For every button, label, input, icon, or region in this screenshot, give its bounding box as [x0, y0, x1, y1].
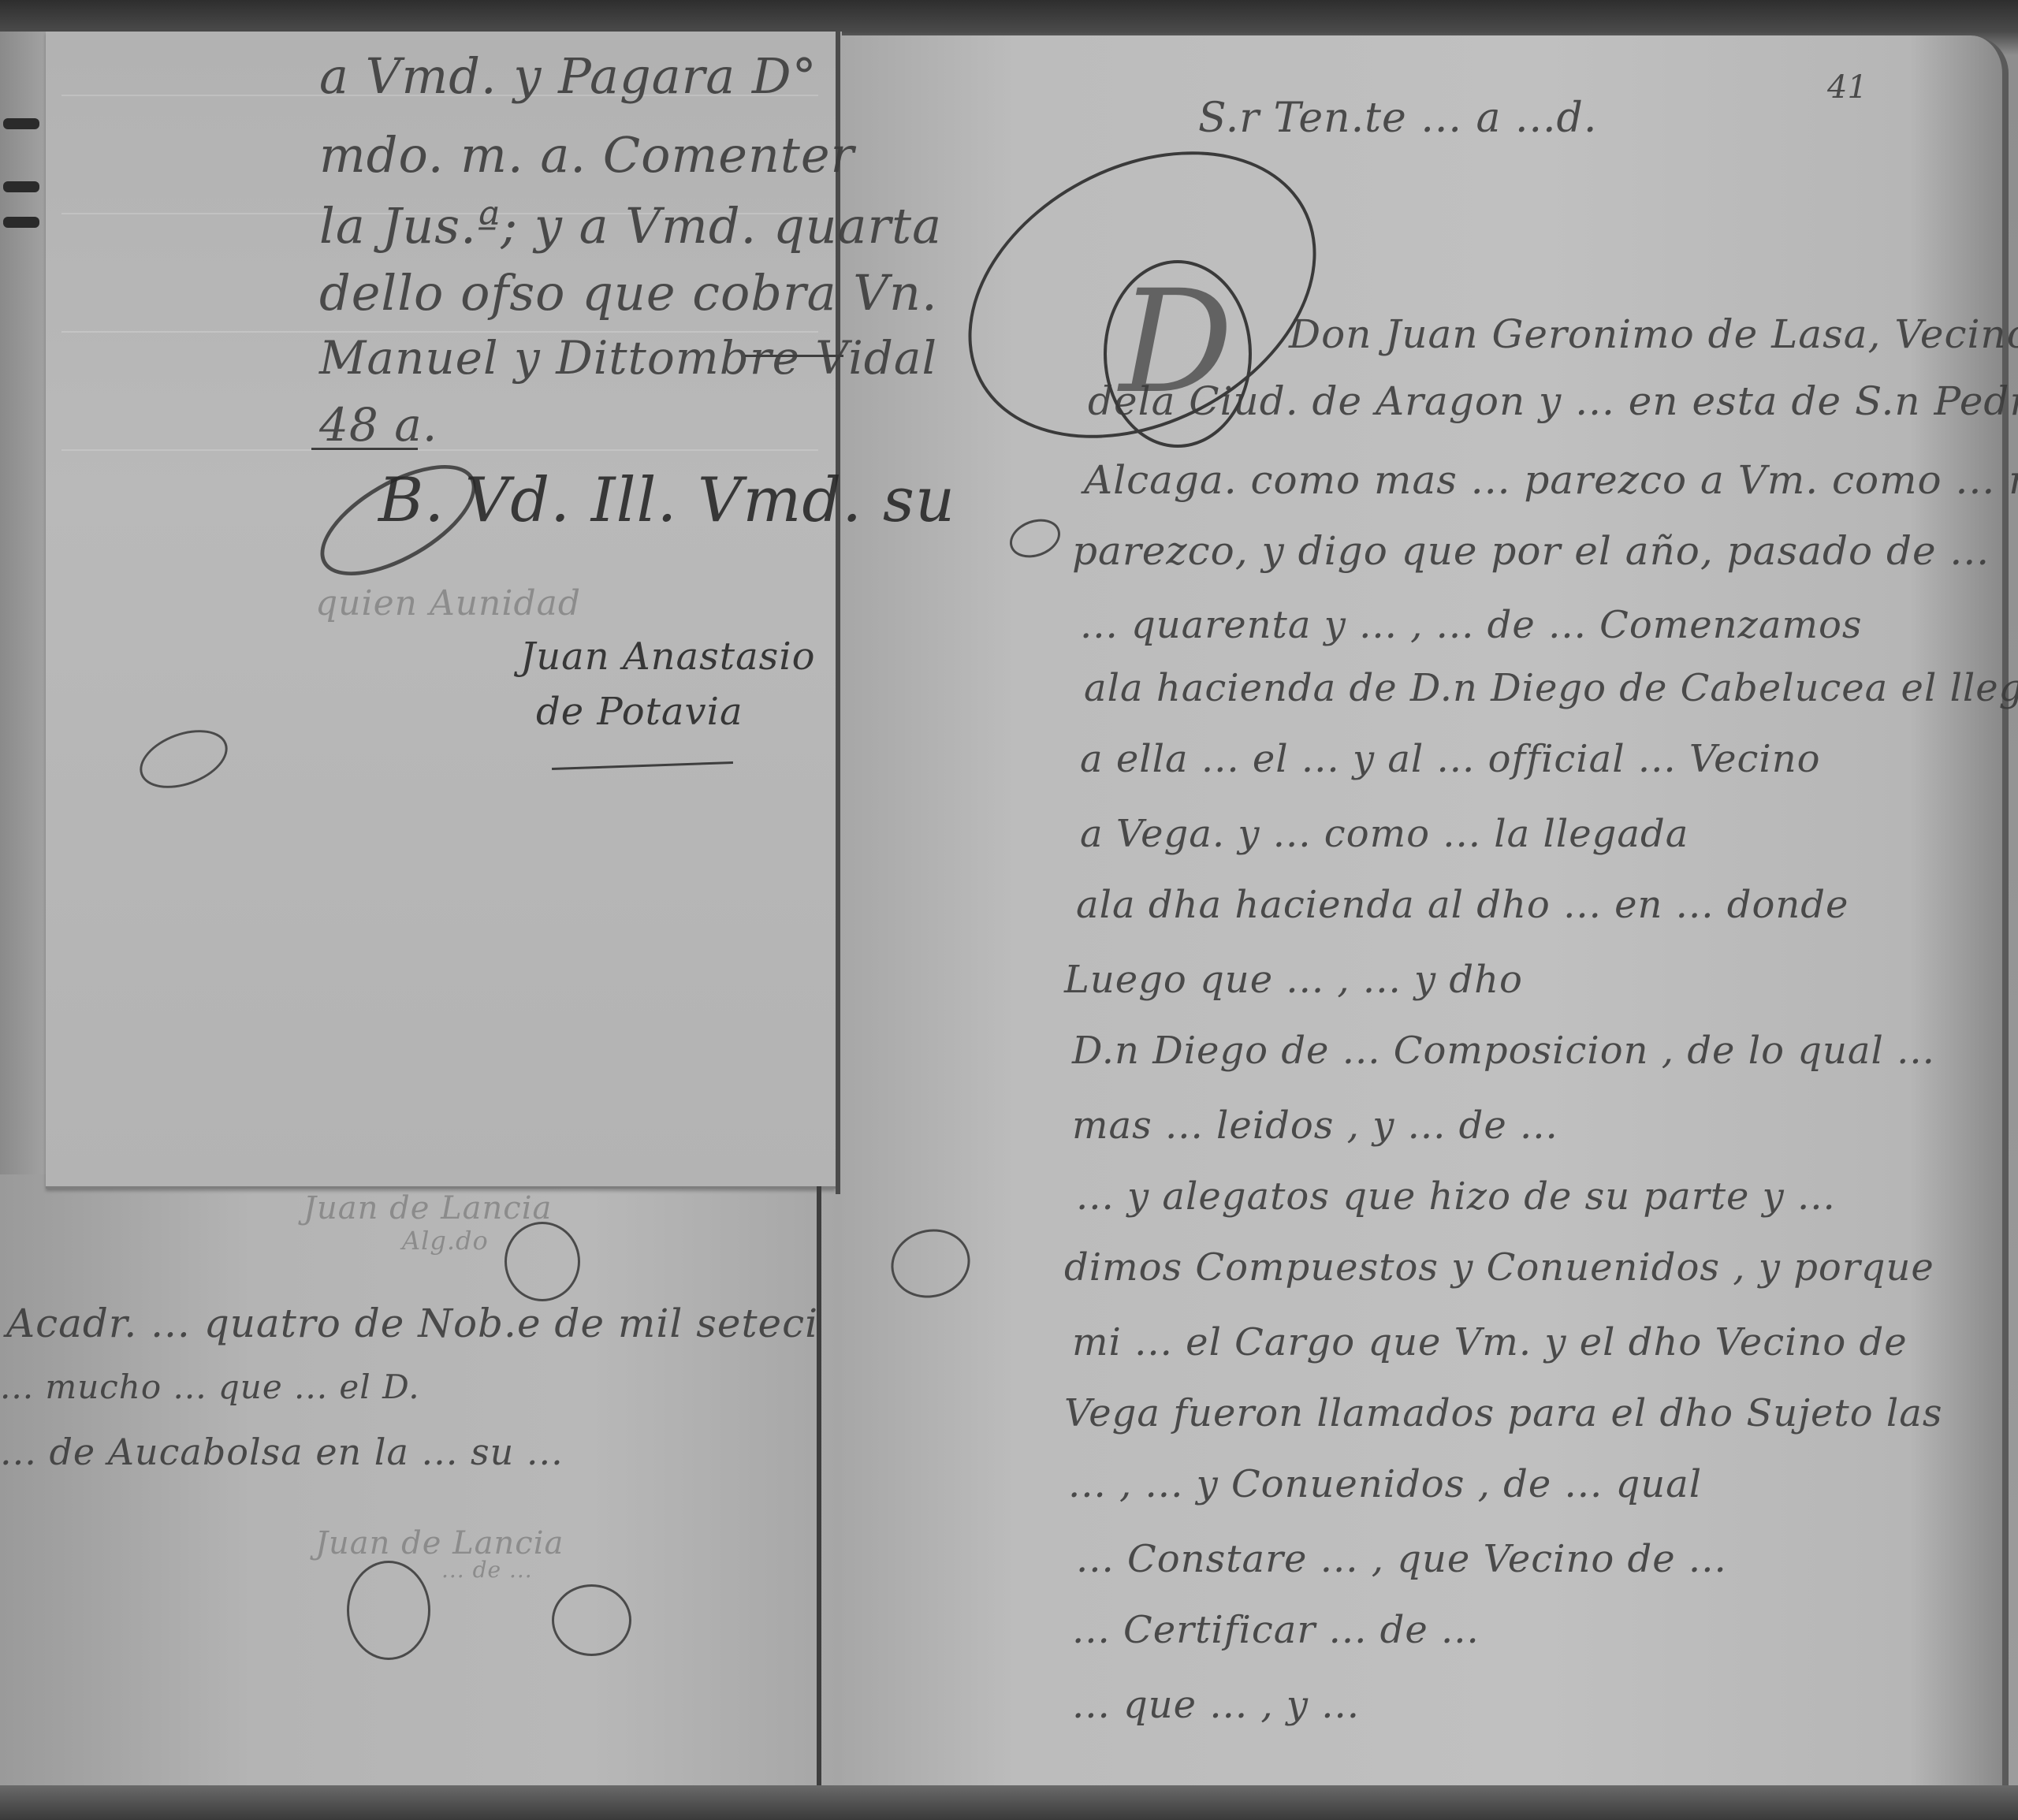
gutter-line	[817, 1186, 821, 1793]
body-line: ... que ... , y ...	[1072, 1683, 1360, 1727]
binding-ink-mark	[3, 217, 39, 228]
slip-text-line: la Jus.ª; y a Vmd. quarta	[319, 197, 942, 255]
lower-signature-title: ... de ...	[441, 1557, 533, 1583]
signatory-name: Juan Anastasio	[520, 635, 816, 679]
body-line: mas ... leidos , y ... de ...	[1072, 1104, 1558, 1148]
slip-text-line: a Vmd. y Pagara D°	[319, 47, 817, 105]
signature-initials: B. Vd. Ill. Vmd. su	[378, 465, 955, 536]
rubric-flourish	[347, 1561, 430, 1660]
body-line: dela Ciud. de Aragon y ... en esta de S.…	[1088, 378, 2018, 424]
body-line: a Vega. y ... como ... la llegada	[1080, 812, 1688, 856]
body-line: mi ... el Cargo que Vm. y el dho Vecino …	[1072, 1320, 1908, 1364]
slip-text-line: mdo. m. a. Comenter	[319, 126, 854, 184]
body-line: parezco, y digo que por el año, pasado d…	[1072, 528, 1990, 574]
lower-signature: Juan de Lancia	[303, 1190, 552, 1226]
underline	[311, 448, 418, 450]
body-line: dimos Compuestos y Conuenidos , y porque	[1064, 1245, 1934, 1290]
binding-ink-mark	[3, 118, 39, 129]
body-line: Alcaga. como mas ... parezco a Vm. como …	[1084, 457, 2018, 503]
signature-line-2: quien Aunidad	[315, 583, 581, 623]
page-header: S.r Ten.te ... a ...d.	[1198, 95, 1597, 142]
body-line: a ella ... el ... y al ... official ... …	[1080, 737, 1821, 781]
binding-ink-mark	[3, 181, 39, 192]
body-line: Luego que ... , ... y dho	[1064, 958, 1523, 1002]
binding-strip	[0, 32, 48, 1174]
slip-text-line: Manuel y Dittombre Vidal	[319, 331, 937, 385]
body-line: ... quarenta y ... , ... de ... Comenzam…	[1080, 603, 1863, 647]
signatory-name-line-2: de Potavia	[536, 690, 743, 734]
body-line: Don Juan Geronimo de Lasa, Vecino	[1289, 311, 2018, 357]
slip-text-line: 48 a.	[319, 398, 437, 452]
rubric-flourish	[504, 1222, 580, 1301]
rubric-flourish	[552, 1584, 631, 1656]
scan-bottom-edge	[0, 1785, 2018, 1820]
underline	[745, 355, 843, 357]
lower-signature-title: Alg.do	[402, 1226, 489, 1256]
body-line: ... y alegatos que hizo de su parte y ..…	[1076, 1174, 1836, 1219]
body-line: ... , ... y Conuenidos , de ... qual	[1068, 1462, 1702, 1506]
slip-text-line: dello ofso que cobra Vn.	[319, 264, 938, 322]
lower-text-line: ... mucho ... que ... el D.	[0, 1368, 420, 1406]
body-line: ala dha hacienda al dho ... en ... donde	[1076, 883, 1849, 927]
body-line: Vega fueron llamados para el dho Sujeto …	[1064, 1391, 1942, 1435]
body-line: ala hacienda de D.n Diego de Cabelucea e…	[1084, 666, 2018, 710]
ruling-line	[61, 449, 818, 451]
lower-text-line: Acadr. ... quatro de Nob.e de mil seteci	[6, 1301, 818, 1346]
body-line: ... Constare ... , que Vecino de ...	[1076, 1537, 1727, 1581]
body-line: ... Certificar ... de ...	[1072, 1608, 1480, 1652]
body-line: D.n Diego de ... Composicion , de lo qua…	[1072, 1029, 1935, 1073]
lower-text-line: ... de Aucabolsa en la ... su ...	[0, 1431, 564, 1473]
folio-number: 41	[1827, 69, 1867, 106]
